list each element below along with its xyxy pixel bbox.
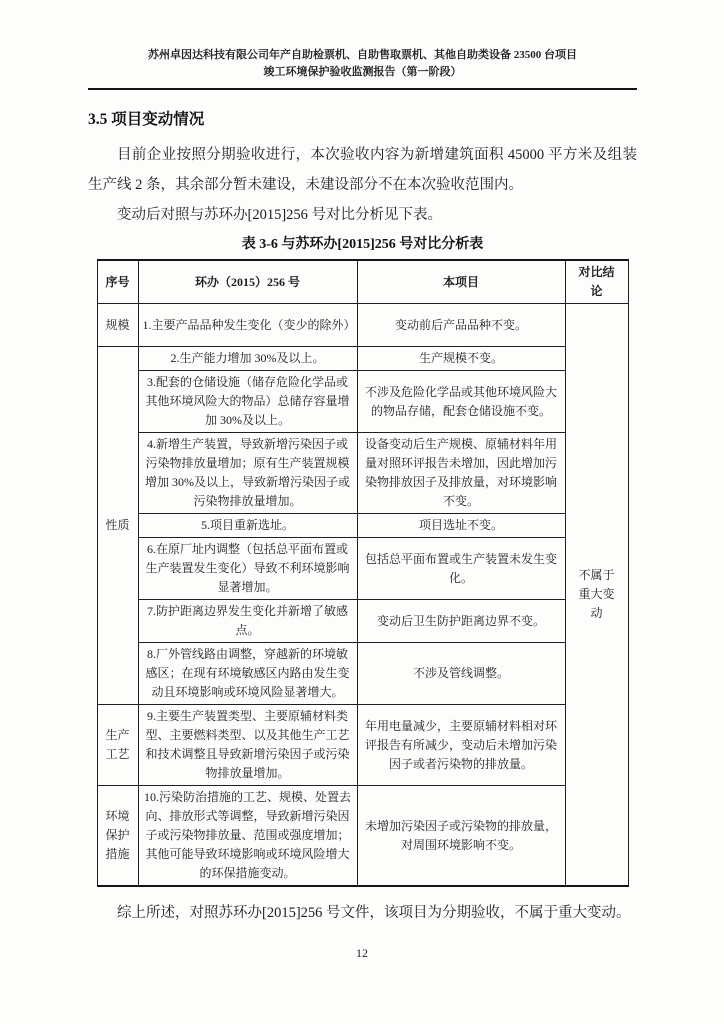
criteria-cell-2: 2.生产能力增加 30%及以上。 xyxy=(138,347,357,371)
page-number: 12 xyxy=(0,946,724,961)
running-head-line-2: 竣工环境保护验收监测报告（第一阶段） xyxy=(88,64,637,81)
criteria-cell-4: 4.新增生产装置，导致新增污染因子或污染物排放量增加；原有生产装置规模增加 30… xyxy=(138,433,357,514)
table-row-1: 规模 1.主要产品品种发生变化（变少的除外） 变动前后产品品种不变。 不属于重大… xyxy=(97,304,628,347)
project-cell-9: 年用电量减少，主要原辅材料相对环评报告有所减少，变动后未增加污染因子或者污染物的… xyxy=(357,705,565,786)
paragraph-table-reference: 变动后对照与苏环办[2015]256 号对比分析见下表。 xyxy=(88,200,637,230)
project-cell-2: 生产规模不变。 xyxy=(357,347,565,371)
criteria-cell-6: 6.在原厂址内调整（包括总平面布置或生产装置发生变化）导致不利环境影响显著增加。 xyxy=(138,538,357,600)
table-row-9: 生产工艺 9.主要生产装置类型、主要原辅材料类型、主要燃料类型、以及其他生产工艺… xyxy=(97,705,628,786)
paragraph-intro: 目前企业按照分期验收进行，本次验收内容为新增建筑面积 45000 平方米及组装生… xyxy=(88,140,637,200)
project-cell-7: 变动后卫生防护距离边界不变。 xyxy=(357,600,565,643)
project-cell-6: 包括总平面布置或生产装置未发生变化。 xyxy=(357,538,565,600)
table-row-7: 7.防护距离边界发生变化并新增了敏感点。 变动后卫生防护距离边界不变。 xyxy=(97,600,628,643)
criteria-cell-9: 9.主要生产装置类型、主要原辅材料类型、主要燃料类型、以及其他生产工艺和技术调整… xyxy=(138,705,357,786)
document-page: 苏州卓因达科技有限公司年产自助检票机、自助售取票机、其他自助类设备 23500 … xyxy=(0,0,724,1024)
comparison-table: 序号 环办（2015）256 号 本项目 对比结论 规模 1.主要产品品种发生变… xyxy=(97,259,629,887)
section-heading: 3.5 项目变动情况 xyxy=(88,107,637,129)
category-cell-process: 生产工艺 xyxy=(97,705,138,786)
table-row-2: 性质 2.生产能力增加 30%及以上。 生产规模不变。 xyxy=(97,347,628,371)
running-head: 苏州卓因达科技有限公司年产自助检票机、自助售取票机、其他自助类设备 23500 … xyxy=(88,47,637,90)
project-cell-10: 未增加污染因子或污染物的排放量，对周围环境影响不变。 xyxy=(357,786,565,887)
header-cell-result: 对比结论 xyxy=(565,260,628,304)
category-cell-nature: 性质 xyxy=(97,347,138,705)
table-row-6: 6.在原厂址内调整（包括总平面布置或生产装置发生变化）导致不利环境影响显著增加。… xyxy=(97,538,628,600)
project-cell-1: 变动前后产品品种不变。 xyxy=(357,304,565,347)
criteria-cell-5: 5.项目重新选址。 xyxy=(138,514,357,538)
category-cell-env-protection: 环境保护措施 xyxy=(97,786,138,887)
paragraph-conclusion: 综上所述，对照苏环办[2015]256 号文件，该项目为分期验收，不属于重大变动… xyxy=(88,898,637,928)
project-cell-3: 不涉及危险化学品或其他环境风险大的物品存储，配套仓储设施不变。 xyxy=(357,371,565,433)
header-cell-seq: 序号 xyxy=(97,260,138,304)
table-row-8: 8.厂外管线路由调整，穿越新的环境敏感区；在现有环境敏感区内路由发生变动且环境影… xyxy=(97,643,628,705)
criteria-cell-8: 8.厂外管线路由调整，穿越新的环境敏感区；在现有环境敏感区内路由发生变动且环境影… xyxy=(138,643,357,705)
criteria-cell-1: 1.主要产品品种发生变化（变少的除外） xyxy=(138,304,357,347)
table-row-10: 环境保护措施 10.污染防治措施的工艺、规模、处置去向、排放形式等调整，导致新增… xyxy=(97,786,628,887)
project-cell-5: 项目选址不变。 xyxy=(357,514,565,538)
header-cell-project: 本项目 xyxy=(357,260,565,304)
header-cell-standard: 环办（2015）256 号 xyxy=(138,260,357,304)
criteria-cell-7: 7.防护距离边界发生变化并新增了敏感点。 xyxy=(138,600,357,643)
criteria-cell-10: 10.污染防治措施的工艺、规模、处置去向、排放形式等调整，导致新增污染因子或污染… xyxy=(138,786,357,887)
table-row-3: 3.配套的仓储设施（储存危险化学品或其他环境风险大的物品）总储存容量增加 30%… xyxy=(97,371,628,433)
project-cell-8: 不涉及管线调整。 xyxy=(357,643,565,705)
category-cell-scale: 规模 xyxy=(97,304,138,347)
running-head-line-1: 苏州卓因达科技有限公司年产自助检票机、自助售取票机、其他自助类设备 23500 … xyxy=(88,47,637,64)
conclusion-cell: 不属于重大变动 xyxy=(565,304,628,887)
table-header-row: 序号 环办（2015）256 号 本项目 对比结论 xyxy=(97,260,628,304)
table-caption: 表 3-6 与苏环办[2015]256 号对比分析表 xyxy=(88,233,637,253)
criteria-cell-3: 3.配套的仓储设施（储存危险化学品或其他环境风险大的物品）总储存容量增加 30%… xyxy=(138,371,357,433)
table-row-5: 5.项目重新选址。 项目选址不变。 xyxy=(97,514,628,538)
table-row-4: 4.新增生产装置，导致新增污染因子或污染物排放量增加；原有生产装置规模增加 30… xyxy=(97,433,628,514)
page-content: 苏州卓因达科技有限公司年产自助检票机、自助售取票机、其他自助类设备 23500 … xyxy=(0,0,724,928)
project-cell-4: 设备变动后生产规模、原辅材料年用量对照环评报告未增加，因此增加污染物排放因子及排… xyxy=(357,433,565,514)
